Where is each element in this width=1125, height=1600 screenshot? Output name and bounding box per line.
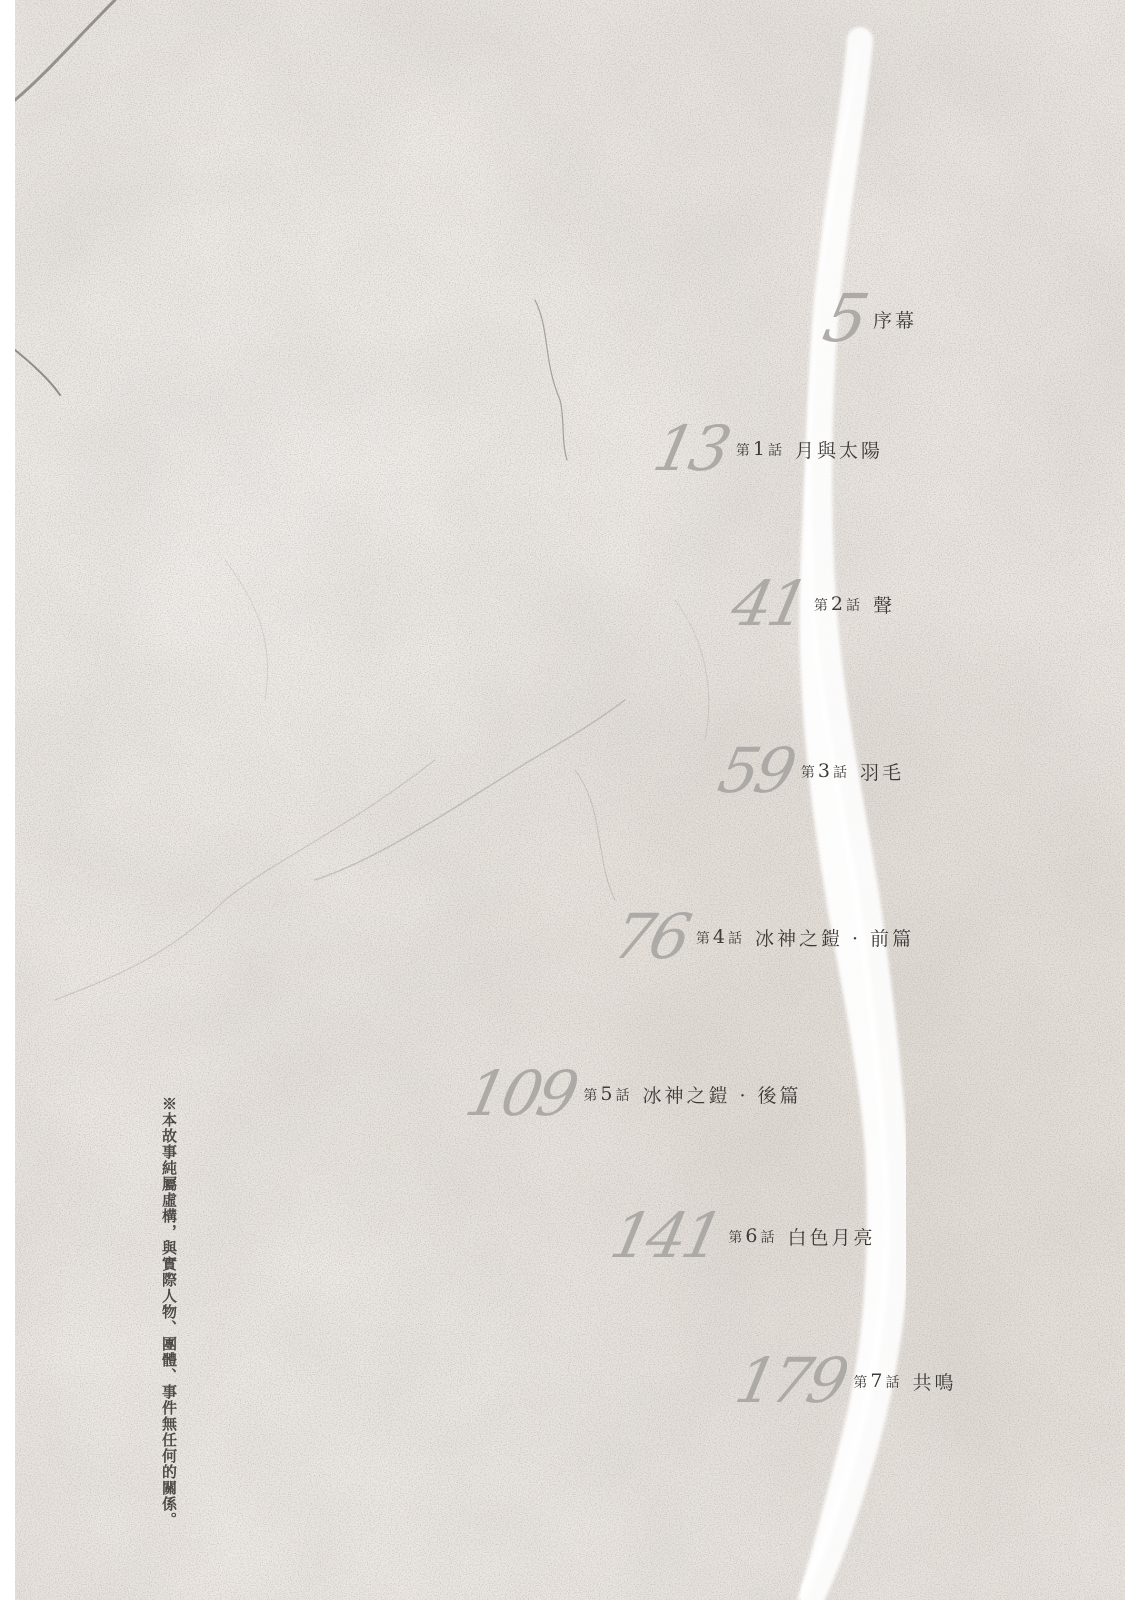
toc-entry-chapter-4[interactable]: 76 第4話 冰神之鎧 · 前篇 [615,906,914,968]
toc-page-number: 13 [648,418,732,480]
toc-chapter-label: 第4話 [696,926,743,948]
toc-chapter-title: 聲 [873,591,895,618]
chapter-suffix: 話 [885,1375,900,1391]
toc-chapter-title: 羽毛 [860,758,904,785]
toc-entry-chapter-6[interactable]: 141 第6話 白色月亮 [612,1205,875,1267]
toc-chapter-title: 白色月亮 [787,1223,875,1250]
chapter-prefix: 第 [696,931,711,947]
toc-chapter-label: 第3話 [801,760,848,782]
chapter-number: 4 [711,926,728,948]
toc-page-number: 5 [818,286,870,352]
chapter-prefix: 第 [728,1230,743,1246]
chapter-prefix: 第 [736,443,751,459]
toc-chapter-label: 第5話 [583,1083,630,1105]
toc-page-number: 179 [730,1350,850,1412]
toc-entry-chapter-7[interactable]: 179 第7話 共鳴 [737,1350,956,1412]
disclaimer-text: ※本故事純屬虛構，與實際人物、團體、事件無任何的關係。 [161,1096,176,1528]
chapter-prefix: 第 [801,765,816,781]
chapter-suffix: 話 [728,931,743,947]
toc-chapter-label: 第2話 [814,593,861,615]
chapter-suffix: 話 [768,443,783,459]
chapter-number: 2 [829,593,846,615]
toc-page: 5 序幕 13 第1話 月與太陽 41 第2話 聲 59 第3話 羽毛 76 第… [15,0,1125,1600]
toc-chapter-label: 第6話 [728,1225,775,1247]
toc-chapter-label: 第7話 [853,1370,900,1392]
chapter-prefix: 第 [853,1375,868,1391]
chapter-prefix: 第 [814,598,829,614]
toc-entry-prologue[interactable]: 5 序幕 [825,286,917,352]
chapter-suffix: 話 [833,765,848,781]
toc-page-number: 41 [726,573,810,635]
toc-page-number: 141 [605,1205,725,1267]
chapter-number: 3 [816,760,833,782]
chapter-number: 6 [743,1225,760,1247]
toc-entry-chapter-2[interactable]: 41 第2話 聲 [733,573,895,635]
toc-page-number: 76 [608,906,692,968]
toc-entry-chapter-5[interactable]: 109 第5話 冰神之鎧 · 後篇 [467,1063,802,1125]
toc-page-number: 59 [713,740,797,802]
chapter-suffix: 話 [760,1230,775,1246]
toc-entry-chapter-1[interactable]: 13 第1話 月與太陽 [655,418,883,480]
stone-texture [15,0,1125,1600]
chapter-suffix: 話 [846,598,861,614]
chapter-number: 1 [751,438,768,460]
toc-chapter-title: 月與太陽 [795,436,883,463]
chapter-number: 5 [598,1083,615,1105]
toc-chapter-label: 第1話 [736,438,783,460]
toc-chapter-title: 序幕 [873,306,917,333]
chapter-prefix: 第 [583,1088,598,1104]
chapter-number: 7 [868,1370,885,1392]
toc-chapter-title: 冰神之鎧 · 後篇 [642,1081,801,1108]
chapter-suffix: 話 [615,1088,630,1104]
toc-entry-chapter-3[interactable]: 59 第3話 羽毛 [720,740,904,802]
toc-page-number: 109 [460,1063,580,1125]
toc-chapter-title: 冰神之鎧 · 前篇 [755,924,914,951]
toc-chapter-title: 共鳴 [912,1368,956,1395]
